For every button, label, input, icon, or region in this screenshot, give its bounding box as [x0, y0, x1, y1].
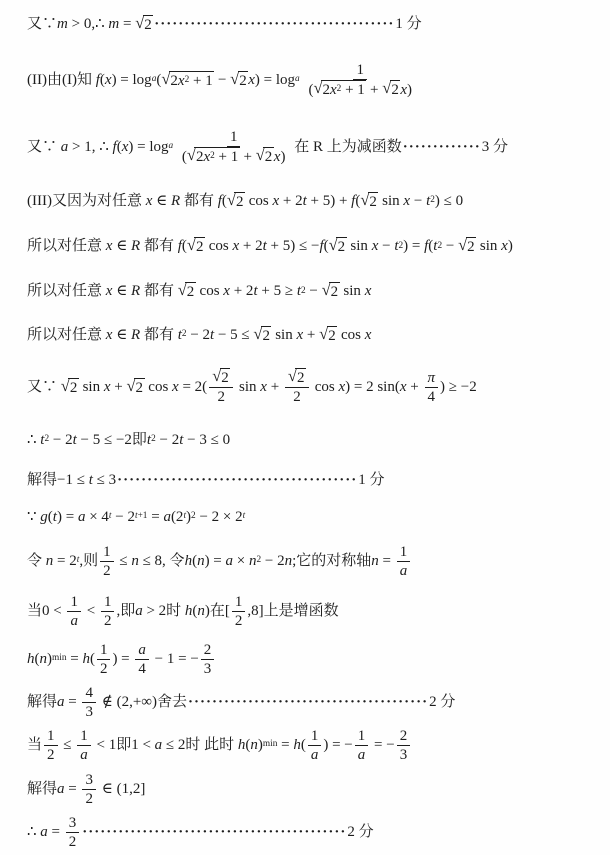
math-variable: n [46, 552, 54, 571]
text-run: 1 [47, 727, 55, 745]
text-run: + [407, 378, 423, 397]
text-run: 1 [400, 543, 408, 561]
text-run: ,即 [116, 602, 135, 621]
fraction-denominator: 2 [97, 660, 111, 678]
math-line-case2: 当12 ≤ 1a < 1即1 < a ≤ 2时 此时 h(n)min = h(1… [27, 722, 602, 768]
math-line-case1: 当0 < 1a < 12,即a > 2时 h(n)在[12,8]上是增函数 [27, 586, 602, 636]
math-variable: h [82, 650, 90, 669]
math-variable: x [403, 192, 410, 211]
text-run: 1 [356, 61, 364, 79]
text-run: 3 [69, 814, 77, 832]
text-run [173, 138, 177, 157]
text-run: 2 [170, 72, 178, 90]
text-run: sin [476, 237, 501, 256]
text-run: 2 [196, 238, 204, 256]
text-run: = [65, 780, 81, 799]
text-run: 1 [358, 727, 366, 745]
fraction-denominator: a [355, 746, 369, 764]
sqrt-radical: √2x2 + 1 [161, 71, 214, 90]
text-run: 都有 [140, 282, 178, 301]
text-run: 3 [400, 746, 408, 764]
radicand: 2 [238, 71, 249, 90]
text-run: 2 [187, 283, 195, 301]
text-run: − 2 [261, 552, 284, 571]
text-run: ∉ (2,+∞)舍去 [98, 693, 187, 712]
math-variable: R [131, 237, 140, 256]
radicand: 2 [336, 237, 347, 256]
text-run: ≤ 8, 令 [139, 552, 185, 571]
math-variable: x [330, 81, 337, 99]
text-run: (II)由(I)知 [27, 71, 96, 90]
text-run: +1 [138, 511, 148, 521]
text-run: 2 [103, 562, 111, 580]
fraction: a4 [135, 641, 149, 678]
text-run: 4 [428, 388, 436, 406]
text-run: 2 [136, 379, 144, 397]
fraction-denominator: a [308, 746, 322, 764]
text-run: − [378, 237, 394, 256]
fraction-numerator: 3 [66, 814, 80, 833]
radicand: 2x2 + 1 [169, 71, 214, 90]
math-variable: x [106, 282, 113, 301]
radicand: 2 [234, 192, 245, 211]
math-line-final-answer: ∴ a = 32································… [27, 810, 602, 854]
text-run: 2 [217, 388, 225, 406]
radical-sign-icon: √ [178, 281, 187, 298]
text-run: 2 [338, 238, 346, 256]
math-variable: m [108, 15, 119, 34]
sqrt-radical: √2 [319, 326, 337, 345]
math-variable: n [131, 552, 139, 571]
math-variable: R [131, 326, 140, 345]
sqrt-radical: √2 [135, 15, 153, 34]
math-line-part2-fx: (II)由(I)知 f(x) = loga(√2x2 + 1 − √2x) = … [27, 44, 602, 116]
text-run: cos [145, 378, 173, 397]
radicand: 2 [143, 15, 154, 34]
text-run: ) [508, 237, 513, 256]
math-variable: n [250, 736, 258, 755]
text-run: ∈ [112, 282, 131, 301]
text-run: + [303, 326, 319, 345]
text-run: ∈ [152, 192, 171, 211]
text-run: + 1 [215, 148, 238, 166]
text-run: − 2 [49, 431, 72, 450]
text-run: = [119, 15, 135, 34]
text-run: 2 [70, 379, 78, 397]
text-run: 1 [235, 593, 243, 611]
math-variable: a [78, 508, 86, 527]
sqrt-radical: √2 [382, 80, 400, 99]
text-run: sin [378, 192, 403, 211]
fraction-numerator: 1 [355, 727, 369, 746]
fraction-denominator: 2 [214, 388, 228, 406]
math-variable: x [106, 326, 113, 345]
radical-sign-icon: √ [319, 325, 328, 342]
text-run: 4 [85, 684, 93, 702]
math-line-sine-transform: 又∵ √2 sin x + √2 cos x = 2(√22 sin x + √… [27, 356, 602, 418]
fraction: 1a [355, 727, 369, 764]
text-run: − 2 × 2 [196, 508, 243, 527]
text-run: 解得 [27, 693, 57, 712]
text-run: 1 [104, 593, 112, 611]
math-line-conclusion-m: 又∵m > 0,∴ m = √2························… [27, 4, 602, 44]
text-run: + 5) + [307, 192, 351, 211]
radicand: 2 [134, 378, 145, 397]
math-variable: x [105, 71, 112, 90]
fraction-numerator: √2 [209, 368, 233, 388]
text-run: 在 R 上为减函数 [290, 138, 401, 157]
subscript: min [263, 740, 277, 749]
text-run: 1 [70, 593, 78, 611]
text-run: min [52, 653, 66, 663]
math-variable: a [358, 746, 366, 764]
text-run: − 2 [187, 326, 210, 345]
text-run: ∈ (1,2] [98, 780, 145, 799]
math-variable: n [197, 552, 205, 571]
text-run: 又∵ [27, 15, 57, 34]
radicand: 2 [194, 237, 205, 256]
radical-sign-icon: √ [288, 367, 297, 384]
math-variable: x [248, 71, 255, 90]
fraction: 23 [201, 641, 215, 678]
text-run: 令 [27, 552, 46, 571]
text-run: + 2 [230, 282, 253, 301]
text-run: ≤ [60, 736, 76, 755]
fraction-numerator: 4 [82, 684, 96, 703]
text-run: 1 [311, 727, 319, 745]
math-variable: x [501, 237, 508, 256]
sqrt-radical: √2 [230, 71, 248, 90]
math-line-case1-reject: 解得a = 43 ∉ (2,+∞)舍去·····················… [27, 682, 602, 722]
sqrt-radical: √2 [360, 192, 378, 211]
text-run: ∴ [27, 431, 40, 450]
text-run: 所以对任意 [27, 326, 106, 345]
radical-sign-icon: √ [382, 79, 391, 96]
fraction-numerator: 1 [77, 727, 91, 746]
math-variable: R [171, 192, 180, 211]
dot-leader: ········································ [154, 15, 394, 34]
fraction-numerator: 1 [353, 61, 367, 80]
fraction: 32 [82, 771, 96, 808]
fraction: 1(√2x2 + 1 + √2x) [179, 128, 289, 166]
fraction-numerator: 1 [97, 641, 111, 660]
text-run: 2 分 [429, 693, 455, 712]
radicand: 2 [68, 378, 79, 397]
text-run: 2 [85, 790, 93, 808]
text-run: ∴ [27, 823, 40, 842]
radical-sign-icon: √ [61, 377, 70, 394]
fraction-denominator: 2 [82, 790, 96, 808]
math-solution-document: 又∵m > 0,∴ m = √2························… [0, 0, 610, 855]
text-run: 都有 [140, 326, 178, 345]
math-variable: t [243, 511, 246, 521]
radicand: 2 [390, 80, 401, 99]
text-run: 所以对任意 [27, 237, 106, 256]
math-variable: x [365, 282, 372, 301]
radicand: 2 [466, 237, 477, 256]
fraction-denominator: a [397, 562, 411, 580]
text-run: ) = − [323, 736, 352, 755]
text-run: cos [311, 378, 339, 397]
text-run: − [306, 282, 322, 301]
text-run: 2 [47, 746, 55, 764]
text-run: < 1即1 < [93, 736, 155, 755]
text-run: × 4 [85, 508, 108, 527]
text-run: 2 [369, 193, 377, 211]
dot-leader: ············· [403, 138, 481, 157]
math-variable: x [232, 237, 239, 256]
text-run: ( [301, 736, 306, 755]
fraction-denominator: 2 [66, 833, 80, 851]
fraction-denominator: a [77, 746, 91, 764]
text-run: 2 [328, 327, 336, 345]
math-variable: x [400, 81, 407, 99]
fraction: 12 [97, 641, 111, 678]
text-run: ≤ 2时 此时 [162, 736, 238, 755]
text-run: 2 [323, 81, 331, 99]
text-run: min [263, 739, 277, 749]
radicand: 2 [220, 368, 231, 387]
math-variable: n [40, 650, 48, 669]
math-variable: n [197, 602, 205, 621]
math-variable: h [238, 736, 246, 755]
math-variable: a [57, 780, 65, 799]
text-run: sin [347, 237, 372, 256]
math-variable: x [296, 326, 303, 345]
math-variable: a [57, 693, 65, 712]
text-run: × [233, 552, 249, 571]
text-run: 3 [204, 660, 212, 678]
math-variable: x [122, 138, 129, 157]
text-run: 都有 [180, 192, 218, 211]
sqrt-radical: √2 [458, 237, 476, 256]
radicand: 2x2 + 1 [194, 147, 239, 166]
radical-sign-icon: √ [187, 236, 196, 253]
math-line-decreasing: 又∵ a > 1, ∴ f(x) = loga 1(√2x2 + 1 + √2x… [27, 116, 602, 178]
math-variable: a [135, 602, 143, 621]
text-run: − [410, 192, 426, 211]
text-run: ∈ [112, 237, 131, 256]
text-run: cos [196, 282, 224, 301]
fraction: 12 [101, 593, 115, 630]
text-run: + [267, 378, 283, 397]
math-variable: n [371, 552, 379, 571]
text-run: 2 [239, 72, 247, 90]
fraction-numerator: π [425, 369, 439, 388]
solution-lines: 又∵m > 0,∴ m = √2························… [27, 4, 602, 854]
math-line-case2-accept: 解得a = 32 ∈ (1,2] [27, 768, 602, 810]
math-variable: x [104, 378, 111, 397]
text-run: + 5) ≤ − [267, 237, 320, 256]
text-run: (III)又因为对任意 [27, 192, 146, 211]
text-run: ) [407, 81, 412, 99]
text-run: 1 分 [395, 15, 421, 34]
text-run: ( [90, 650, 95, 669]
text-run: cos [205, 237, 233, 256]
text-run: 当0 < [27, 602, 65, 621]
text-run: ) = log [112, 71, 152, 90]
text-run: ∈ [112, 326, 131, 345]
fraction-numerator: 1 [397, 543, 411, 562]
radical-sign-icon: √ [313, 79, 322, 96]
fraction: 12 [100, 543, 114, 580]
radicand: 2x2 + 1 [321, 80, 366, 99]
text-run: 2 [144, 16, 152, 34]
text-run: − [442, 237, 458, 256]
fraction-numerator: √2 [285, 368, 309, 388]
text-run: + 2 [279, 192, 302, 211]
math-variable: h [185, 552, 193, 571]
fraction-numerator: 1 [308, 727, 322, 746]
radicand: 2 [261, 326, 272, 345]
text-run: ) ≥ −2 [440, 378, 477, 397]
text-run: ) [280, 148, 285, 166]
fraction-numerator: 2 [397, 727, 411, 746]
text-run: − 3 ≤ 0 [183, 431, 230, 450]
math-variable: x [400, 378, 407, 397]
math-variable: x [178, 72, 185, 90]
text-run: = [65, 693, 81, 712]
text-run: ≤ 3 [93, 471, 116, 490]
math-variable: x [223, 282, 230, 301]
text-run: ,则 [79, 552, 98, 571]
math-variable: a [138, 641, 146, 659]
math-variable: a [226, 552, 234, 571]
fraction-denominator: 2 [44, 746, 58, 764]
text-run: 2 [236, 193, 244, 211]
math-line-t-range: 解得−1 ≤ t ≤ 3····························… [27, 462, 602, 498]
text-run: 1 [103, 543, 111, 561]
text-run: + [111, 378, 127, 397]
fraction: 1a [308, 727, 322, 764]
fraction-numerator: 1 [227, 128, 241, 147]
math-variable: x [272, 192, 279, 211]
text-run: = − [370, 736, 394, 755]
text-run: 2 [204, 641, 212, 659]
text-run: ) = 2 sin( [345, 378, 400, 397]
text-run: = [277, 736, 293, 755]
math-variable: x [146, 192, 153, 211]
text-run: sin [235, 378, 260, 397]
text-run: 当 [27, 736, 42, 755]
math-variable: g [40, 508, 48, 527]
sqrt-radical: √2x2 + 1 [187, 147, 240, 166]
math-variable: n [249, 552, 257, 571]
radicand: 2 [185, 282, 196, 301]
text-run: ) = [205, 552, 226, 571]
math-variable: n [285, 552, 293, 571]
text-run: ) ≤ 0 [435, 192, 463, 211]
text-run: ) = log [128, 138, 168, 157]
text-run: 又∵ [27, 138, 61, 157]
text-run: + 1 [341, 81, 364, 99]
text-run: ) = [57, 508, 78, 527]
math-variable: x [338, 378, 345, 397]
math-variable: x [372, 237, 379, 256]
text-run: sin [79, 378, 104, 397]
math-variable: a [40, 823, 48, 842]
text-run: > 2时 [143, 602, 185, 621]
fraction-denominator: (√2x2 + 1 + √2x) [305, 80, 415, 99]
fraction: 43 [82, 684, 96, 721]
text-run: 1 [230, 128, 238, 146]
fraction-denominator: 3 [397, 746, 411, 764]
radicand: 2 [368, 192, 379, 211]
dot-leader: ········································ [117, 471, 357, 490]
text-run: 2 [293, 388, 301, 406]
text-run: = [379, 552, 395, 571]
text-run: 2 [100, 660, 108, 678]
text-run: ∵ [27, 508, 40, 527]
radicand: 2 [329, 282, 340, 301]
superscript: t [243, 512, 246, 521]
text-run: 2 [400, 727, 408, 745]
text-run: 2 [69, 833, 77, 851]
text-run: cos [337, 326, 365, 345]
radical-sign-icon: √ [212, 367, 221, 384]
radical-sign-icon: √ [230, 70, 239, 87]
text-run: sin [340, 282, 365, 301]
sqrt-radical: √2 [212, 368, 230, 387]
text-run: = [66, 650, 82, 669]
text-run: 解得 [27, 780, 57, 799]
text-run: 都有 [140, 237, 178, 256]
text-run: 2 [331, 283, 339, 301]
math-variable: x [106, 237, 113, 256]
fraction-denominator: a [67, 612, 81, 630]
text-run: 2 [262, 327, 270, 345]
text-run: 2 分 [347, 823, 373, 842]
text-run: 解得−1 ≤ [27, 471, 89, 490]
sqrt-radical: √2 [178, 282, 196, 301]
math-line-inequality-t: 所以对任意 x ∈ R 都有 t2 − 2t − 5 ≤ √2 sin x + … [27, 314, 602, 356]
text-run: ) = log [255, 71, 295, 90]
text-run: > 0,∴ [68, 15, 109, 34]
text-run: 2 [467, 238, 475, 256]
sqrt-radical: √2 [61, 378, 79, 397]
math-variable: m [57, 15, 68, 34]
fraction: √22 [209, 368, 233, 406]
radical-sign-icon: √ [322, 281, 331, 298]
math-variable: a [163, 508, 171, 527]
text-run: 1 分 [358, 471, 384, 490]
text-run: 2 [391, 81, 399, 99]
text-run: − 2 [156, 431, 179, 450]
fraction-numerator: 1 [100, 543, 114, 562]
text-run: = [48, 823, 64, 842]
math-variable: h [27, 650, 35, 669]
text-run: ,8]上是增函数 [247, 602, 338, 621]
radical-sign-icon: √ [256, 146, 265, 163]
text-run: ≤ [116, 552, 132, 571]
radical-sign-icon: √ [161, 70, 170, 87]
fraction: 32 [66, 814, 80, 851]
math-line-substitution-n: 令 n = 2t,则12 ≤ n ≤ 8, 令h(n) = a × n2 − 2… [27, 536, 602, 586]
radical-sign-icon: √ [360, 191, 369, 208]
text-run: + [366, 81, 382, 99]
subscript: min [52, 654, 66, 663]
text-run: = 2 [53, 552, 76, 571]
text-run: )在[ [205, 602, 230, 621]
math-variable: a [80, 746, 88, 764]
text-run: 2 [297, 369, 305, 387]
fraction-denominator: 2 [100, 562, 114, 580]
text-run: 1 [80, 727, 88, 745]
math-line-part3-condition: (III)又因为对任意 x ∈ R 都有 f(√2 cos x + 2t + 5… [27, 178, 602, 224]
text-run: 3 [85, 771, 93, 789]
math-line-quadratic-ineq: ∴ t2 − 2t − 5 ≤ −2即t2 − 2t − 3 ≤ 0 [27, 418, 602, 462]
math-variable: R [131, 282, 140, 301]
